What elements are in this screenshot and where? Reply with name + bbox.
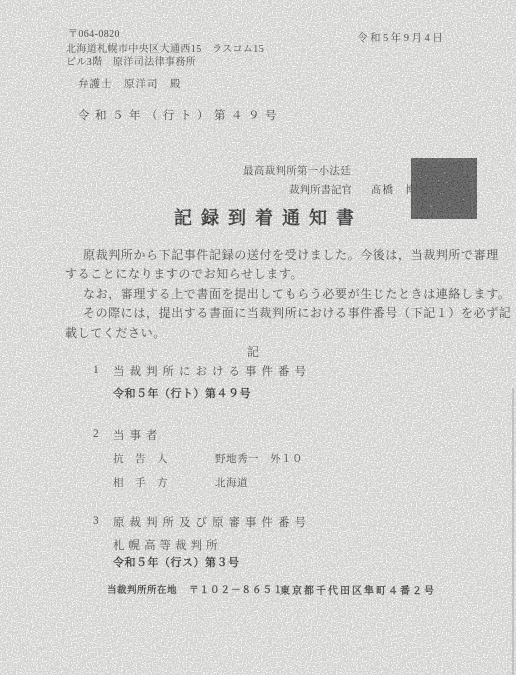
recipient-address-line2: ビル3階 原洋司法律事務所 — [66, 56, 264, 69]
clerk-row: 裁判所書記官髙橋 博美 — [289, 182, 429, 197]
recipient-address-block: 〒064-0820 北海道札幌市中央区大通西15 ラスコム15 ビル3階 原洋司… — [66, 28, 264, 91]
recipient-postal-code: 〒064-0820 — [68, 28, 264, 41]
item1-number: 1 — [93, 364, 99, 376]
recipient-address-line1: 北海道札幌市中央区大通西15 ラスコム15 — [66, 43, 264, 56]
body-line: なお，審理する上で書面を提出してもらう必要が生じたときは連絡します。 — [65, 285, 501, 304]
body-line: することになりますのでお知らせします。 — [65, 265, 501, 284]
ki-separator: 記 — [247, 343, 259, 360]
court-location-address: 東京都千代田区隼町４番２号 — [280, 582, 436, 597]
scanned-court-notice-page: 〒064-0820 北海道札幌市中央区大通西15 ラスコム15 ビル3階 原洋司… — [0, 0, 516, 675]
scan-edge-artifact — [512, 388, 514, 675]
document-date: 令和5年9月4日 — [357, 30, 445, 45]
clerk-seal-stamp-icon — [411, 158, 477, 219]
appellant-name: 野地秀一 外１０ — [215, 451, 303, 466]
court-location-postal: 〒１０２－８６５１ — [189, 582, 284, 596]
item1-case-number: 令和５年（行ト）第４９号 — [113, 385, 251, 401]
clerk-title: 裁判所書記官 — [289, 185, 352, 196]
recipient-addressee: 弁護士 原洋司 殿 — [78, 78, 264, 91]
item3-case-number: 令和５年（行ス）第３号 — [113, 554, 240, 570]
body-line: 原裁判所から下記事件記録の送付を受けました。今後は，当裁判所で審理 — [65, 246, 501, 265]
item3-number: 3 — [93, 515, 99, 527]
item2-label: 当事者 — [113, 427, 163, 443]
body-line: 載してください。 — [65, 324, 501, 343]
sender-court-name: 最高裁判所第一小法廷 — [243, 163, 351, 178]
item3-label: 原裁判所及び原審事件番号 — [113, 514, 311, 530]
body-line: その際には，提出する書面に当裁判所における事件番号（下記１）を必ず記 — [65, 304, 501, 323]
original-court-name: 札幌高等裁判所 — [113, 537, 222, 553]
item1-label: 当裁判所における事件番号 — [113, 363, 311, 379]
body-paragraphs: 原裁判所から下記事件記録の送付を受けました。今後は，当裁判所で審理 することにな… — [65, 246, 501, 343]
item2-number: 2 — [93, 428, 99, 440]
appellant-role-label: 抗 告 人 — [113, 451, 168, 466]
document-title: 記録到着通知書 — [174, 204, 363, 230]
respondent-role-label: 相 手 方 — [113, 475, 168, 490]
case-number-header: 令和５年（行ト）第４９号 — [78, 107, 282, 123]
respondent-name: 北海道 — [215, 475, 248, 490]
court-location-label: 当裁判所所在地 — [107, 582, 177, 596]
